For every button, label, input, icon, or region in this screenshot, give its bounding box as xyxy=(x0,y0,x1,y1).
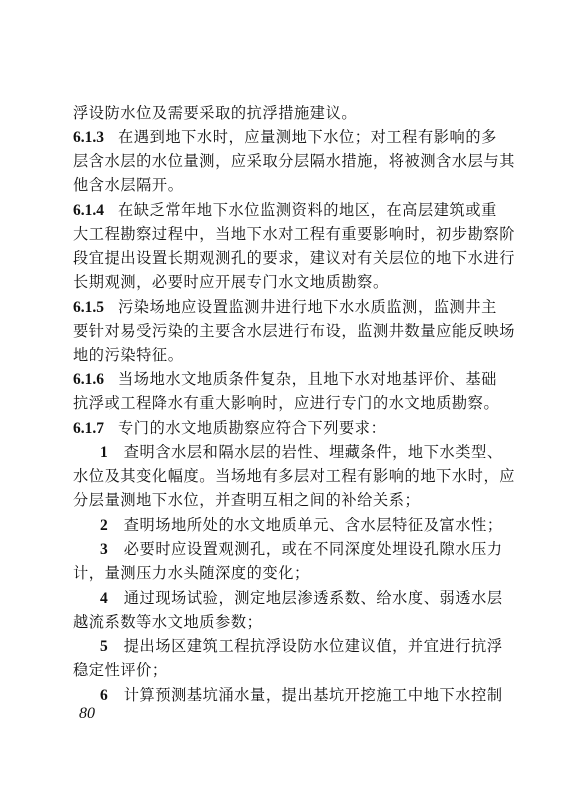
clause-number: 6.1.6 xyxy=(73,371,104,388)
clause-6-1-3: 6.1.3在遇到地下水时，应量测地下水位；对工程有影响的多 xyxy=(73,125,473,149)
line-text: 层含水层的水位量测，应采取分层隔水措施，将被测含水层与其 xyxy=(73,152,515,170)
clause-number: 6.1.7 xyxy=(73,420,104,437)
line-text: 地的污染特征。 xyxy=(73,346,184,364)
item-number: 4 xyxy=(100,590,108,607)
text-line: 长期观测，必要时应开展专门水文地质勘察。 xyxy=(73,270,473,294)
clause-number: 6.1.5 xyxy=(73,299,104,316)
line-text: 在遇到地下水时，应量测地下水位；对工程有影响的多 xyxy=(118,128,497,146)
line-text: 浮设防水位及需要采取的抗浮措施建议。 xyxy=(73,104,357,122)
item-number: 5 xyxy=(100,638,108,655)
line-text: 当场地水文地质条件复杂，且地下水对地基评价、基础 xyxy=(118,370,497,388)
line-text: 水位及其变化幅度。当场地有多层对工程有影响的地下水时，应 xyxy=(73,467,515,485)
text-line: 他含水层隔开。 xyxy=(73,173,473,197)
text-line: 地的污染特征。 xyxy=(73,343,473,367)
line-text: 抗浮或工程降水有重大影响时，应进行专门的水文地质勘察。 xyxy=(73,394,499,412)
clause-6-1-4: 6.1.4在缺乏常年地下水位监测资料的地区，在高层建筑或重 xyxy=(73,198,473,222)
text-line: 段宜提出设置长期观测孔的要求，建议对有关层位的地下水进行 xyxy=(73,246,473,270)
line-text: 查明含水层和隔水层的岩性、埋藏条件，地下水类型、 xyxy=(124,443,503,461)
line-text: 计算预测基坑涌水量，提出基坑开挖施工中地下水控制 xyxy=(124,686,503,704)
text-line: 要针对易受污染的主要含水层进行布设，监测井数量应能反映场 xyxy=(73,319,473,343)
clause-6-1-5: 6.1.5污染场地应设置监测井进行地下水水质监测，监测井主 xyxy=(73,295,473,319)
line-text: 要针对易受污染的主要含水层进行布设，监测井数量应能反映场 xyxy=(73,322,515,340)
line-text: 长期观测，必要时应开展专门水文地质勘察。 xyxy=(73,273,389,291)
clause-number: 6.1.4 xyxy=(73,202,104,219)
list-item-5: 5提出场区建筑工程抗浮设防水位建议值，并宜进行抗浮 xyxy=(100,634,473,658)
line-text: 越流系数等水文地质参数； xyxy=(73,613,262,631)
list-item-4: 4通过现场试验，测定地层渗透系数、给水度、弱透水层 xyxy=(100,586,473,610)
line-text: 提出场区建筑工程抗浮设防水位建议值，并宜进行抗浮 xyxy=(124,637,503,655)
document-page: 浮设防水位及需要采取的抗浮措施建议。 6.1.3在遇到地下水时，应量测地下水位；… xyxy=(0,0,561,804)
text-line: 抗浮或工程降水有重大影响时，应进行专门的水文地质勘察。 xyxy=(73,391,473,415)
text-line: 稳定性评价； xyxy=(73,658,473,682)
text-line: 计，量测压力水头随深度的变化； xyxy=(73,561,473,585)
line-text: 分层量测地下水位，并查明互相之间的补给关系； xyxy=(73,491,420,509)
clause-6-1-7: 6.1.7专门的水文地质勘察应符合下列要求： xyxy=(73,416,473,440)
line-text: 专门的水文地质勘察应符合下列要求： xyxy=(118,419,386,437)
list-item-3: 3必要时应设置观测孔，或在不同深度处埋设孔隙水压力 xyxy=(100,537,473,561)
list-item-1: 1查明含水层和隔水层的岩性、埋藏条件，地下水类型、 xyxy=(100,440,473,464)
item-number: 2 xyxy=(100,517,108,534)
text-line: 层含水层的水位量测，应采取分层隔水措施，将被测含水层与其 xyxy=(73,149,473,173)
item-number: 6 xyxy=(100,687,108,704)
clause-number: 6.1.3 xyxy=(73,129,104,146)
clause-6-1-6: 6.1.6当场地水文地质条件复杂，且地下水对地基评价、基础 xyxy=(73,367,473,391)
line-text: 段宜提出设置长期观测孔的要求，建议对有关层位的地下水进行 xyxy=(73,249,515,267)
line-text: 在缺乏常年地下水位监测资料的地区，在高层建筑或重 xyxy=(118,201,497,219)
text-line: 水位及其变化幅度。当场地有多层对工程有影响的地下水时，应 xyxy=(73,464,473,488)
item-number: 3 xyxy=(100,541,108,558)
line-text: 必要时应设置观测孔，或在不同深度处埋设孔隙水压力 xyxy=(124,540,503,558)
text-line: 分层量测地下水位，并查明互相之间的补给关系； xyxy=(73,488,473,512)
line-text: 大工程勘察过程中，当地下水对工程有重要影响时，初步勘察阶 xyxy=(73,225,515,243)
text-line: 大工程勘察过程中，当地下水对工程有重要影响时，初步勘察阶 xyxy=(73,222,473,246)
text-line: 越流系数等水文地质参数； xyxy=(73,610,473,634)
line-text: 通过现场试验，测定地层渗透系数、给水度、弱透水层 xyxy=(124,589,503,607)
list-item-6: 6计算预测基坑涌水量，提出基坑开挖施工中地下水控制 xyxy=(100,683,473,707)
line-text: 稳定性评价； xyxy=(73,661,168,679)
line-text: 他含水层隔开。 xyxy=(73,176,184,194)
list-item-2: 2查明场地所处的水文地质单元、含水层特征及富水性； xyxy=(100,513,473,537)
line-text: 污染场地应设置监测井进行地下水水质监测，监测井主 xyxy=(118,298,497,316)
page-number: 80 xyxy=(79,705,95,723)
item-number: 1 xyxy=(100,444,108,461)
line-text: 计，量测压力水头随深度的变化； xyxy=(73,564,310,582)
text-line: 浮设防水位及需要采取的抗浮措施建议。 xyxy=(73,101,473,125)
line-text: 查明场地所处的水文地质单元、含水层特征及富水性； xyxy=(124,516,503,534)
